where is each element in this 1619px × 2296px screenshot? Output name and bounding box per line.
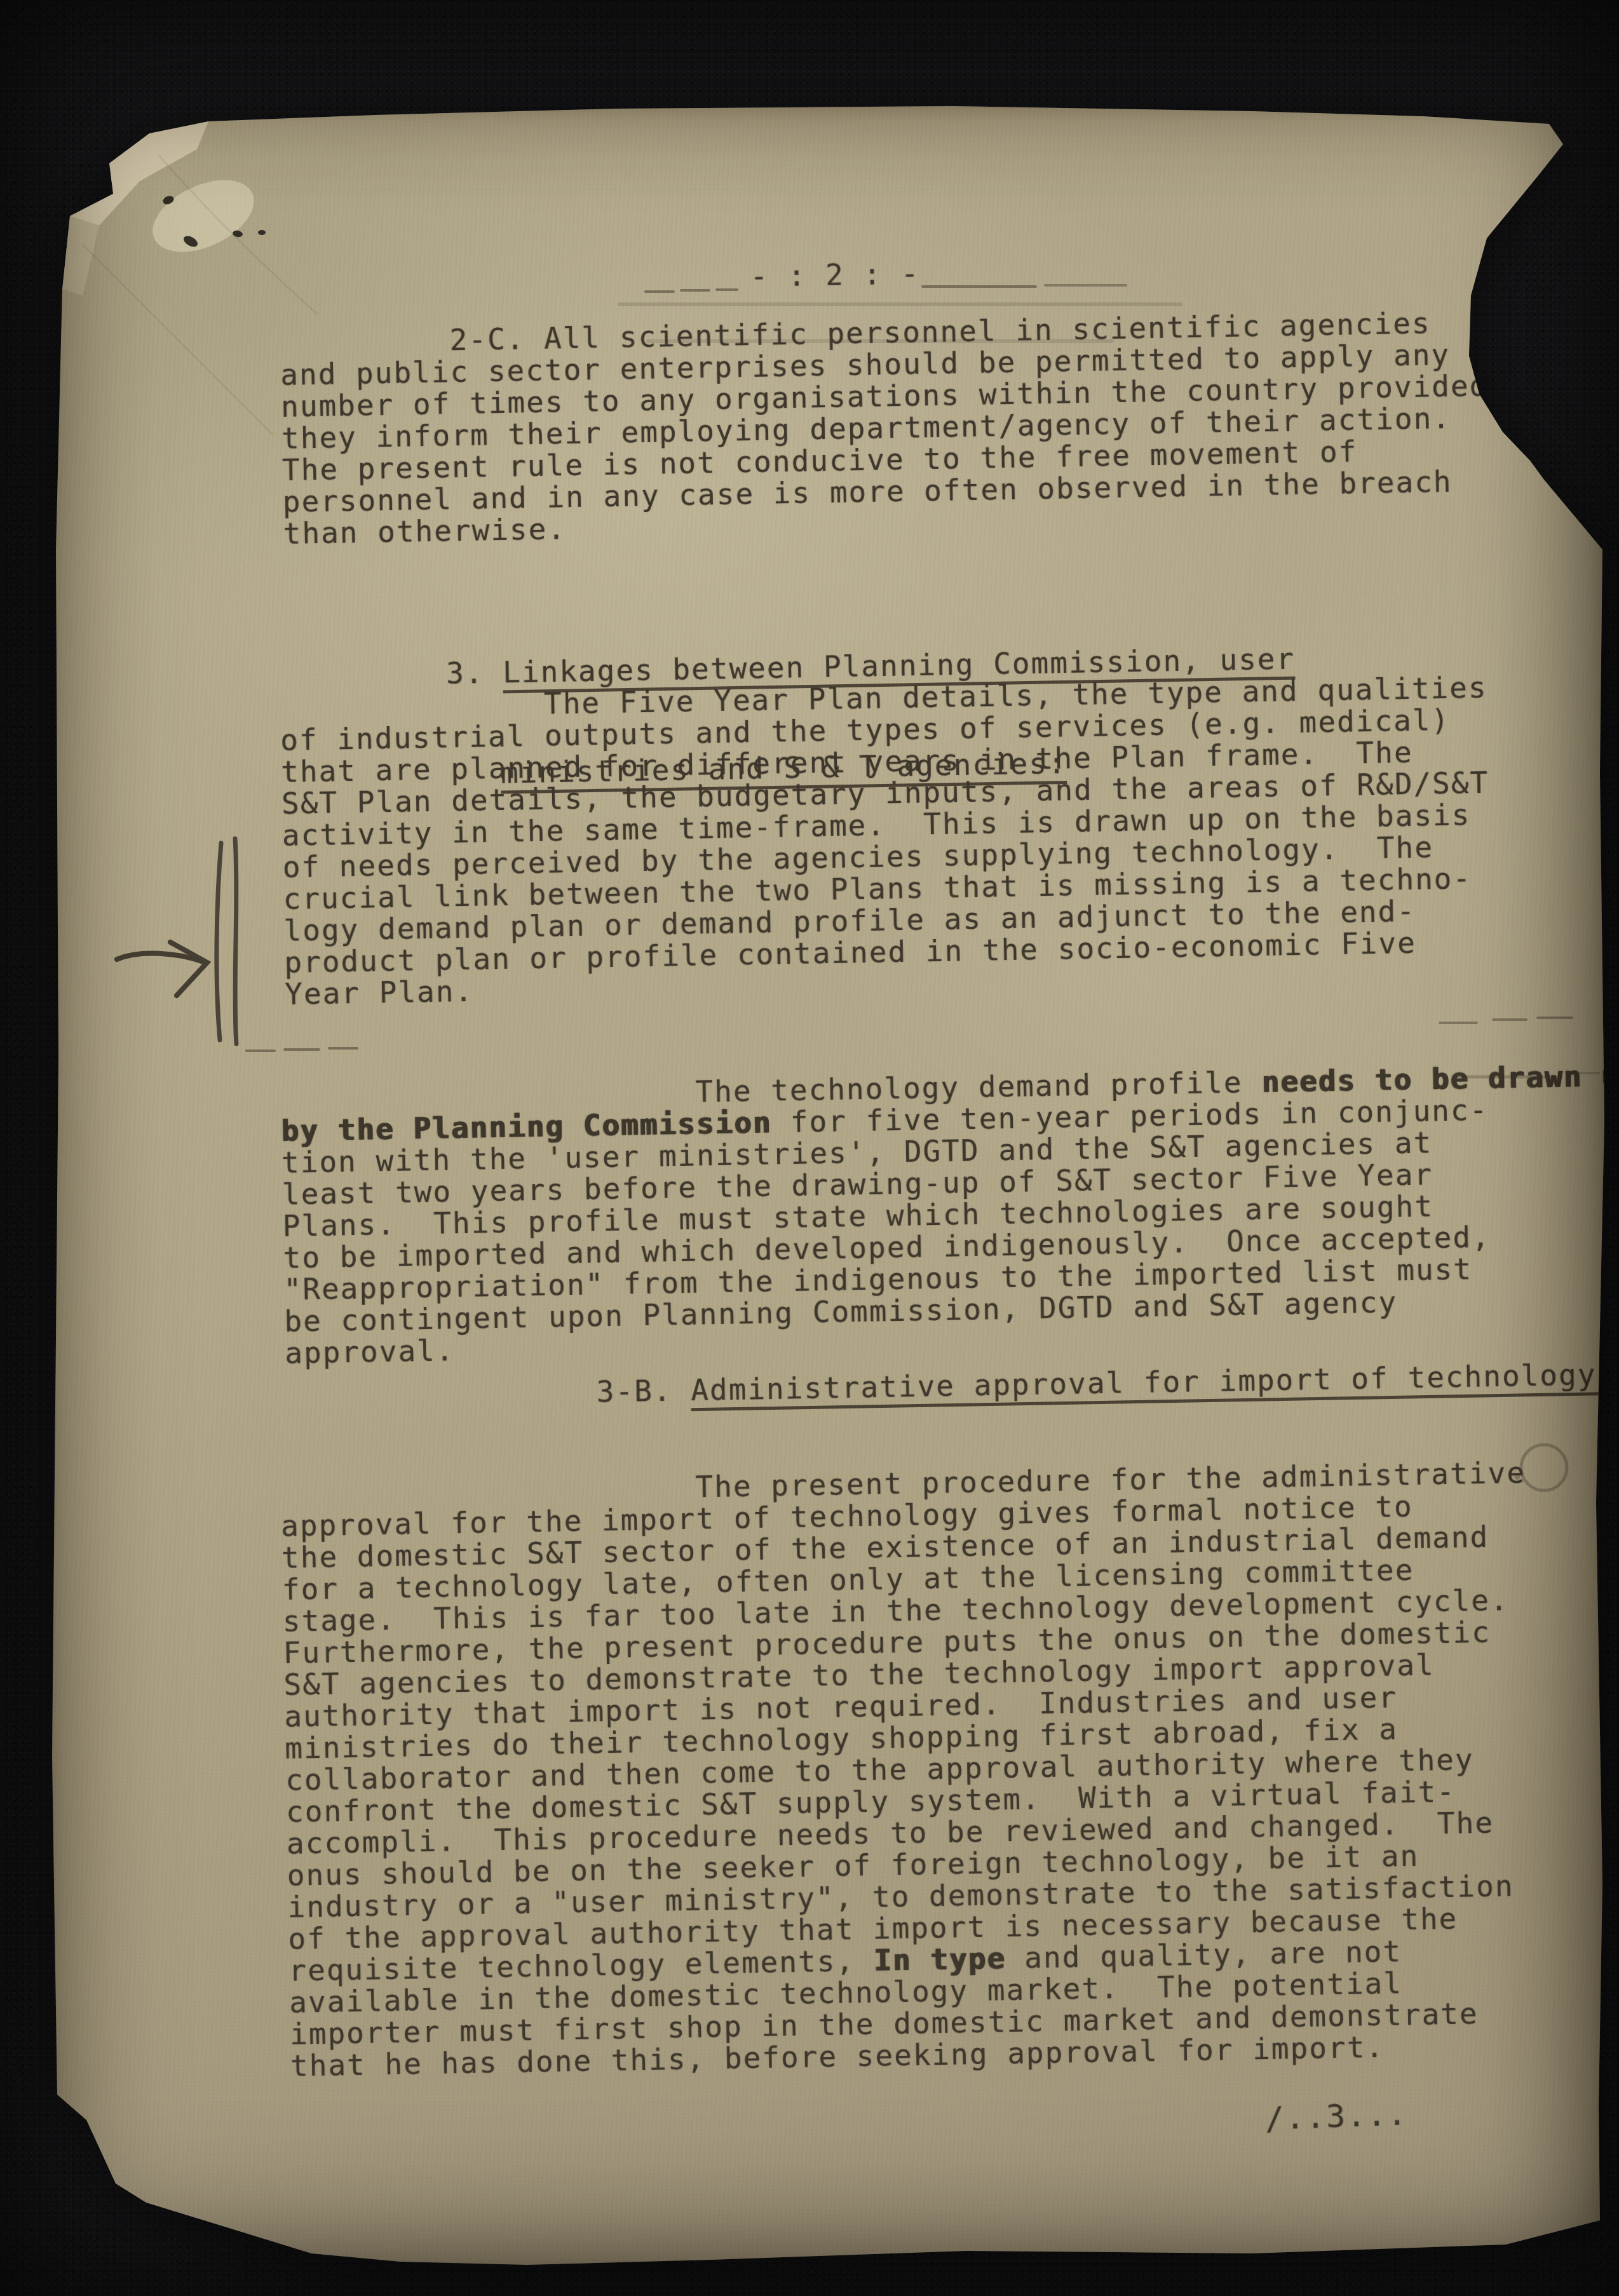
- section-3-number: 3.: [446, 655, 503, 691]
- paper-sheet: - : 2 : - 2-C. All scientific personnel …: [44, 105, 1604, 2278]
- margin-arrow-icon: [117, 942, 207, 996]
- staple-holes-icon: [161, 194, 266, 249]
- page-continuation-mark: /..3...: [1264, 2098, 1408, 2135]
- section-3b-title: Administrative approval for import of te…: [691, 1358, 1616, 1411]
- present-procedure-bold: In type: [873, 1941, 1006, 1978]
- present-procedure-lead: The present procedure for the administra…: [281, 1455, 1526, 1988]
- scanned-document-photo: - : 2 : - 2-C. All scientific personnel …: [0, 0, 1619, 2296]
- paragraph-five-year-plan: The Five Year Plan details, the type and…: [280, 672, 1493, 1010]
- paragraph-present-procedure: The present procedure for the administra…: [280, 1425, 1536, 2114]
- margin-emphasis-lines-icon: [217, 839, 236, 1044]
- paper-sheet-wrap: - : 2 : - 2-C. All scientific personnel …: [44, 105, 1604, 2278]
- section-3b-number: 3-B.: [596, 1373, 691, 1409]
- page-number: - : 2 : -: [750, 257, 920, 292]
- torn-corner-flakes: [62, 121, 265, 295]
- paragraph-2c: 2-C. All scientific personnel in scienti…: [280, 306, 1491, 550]
